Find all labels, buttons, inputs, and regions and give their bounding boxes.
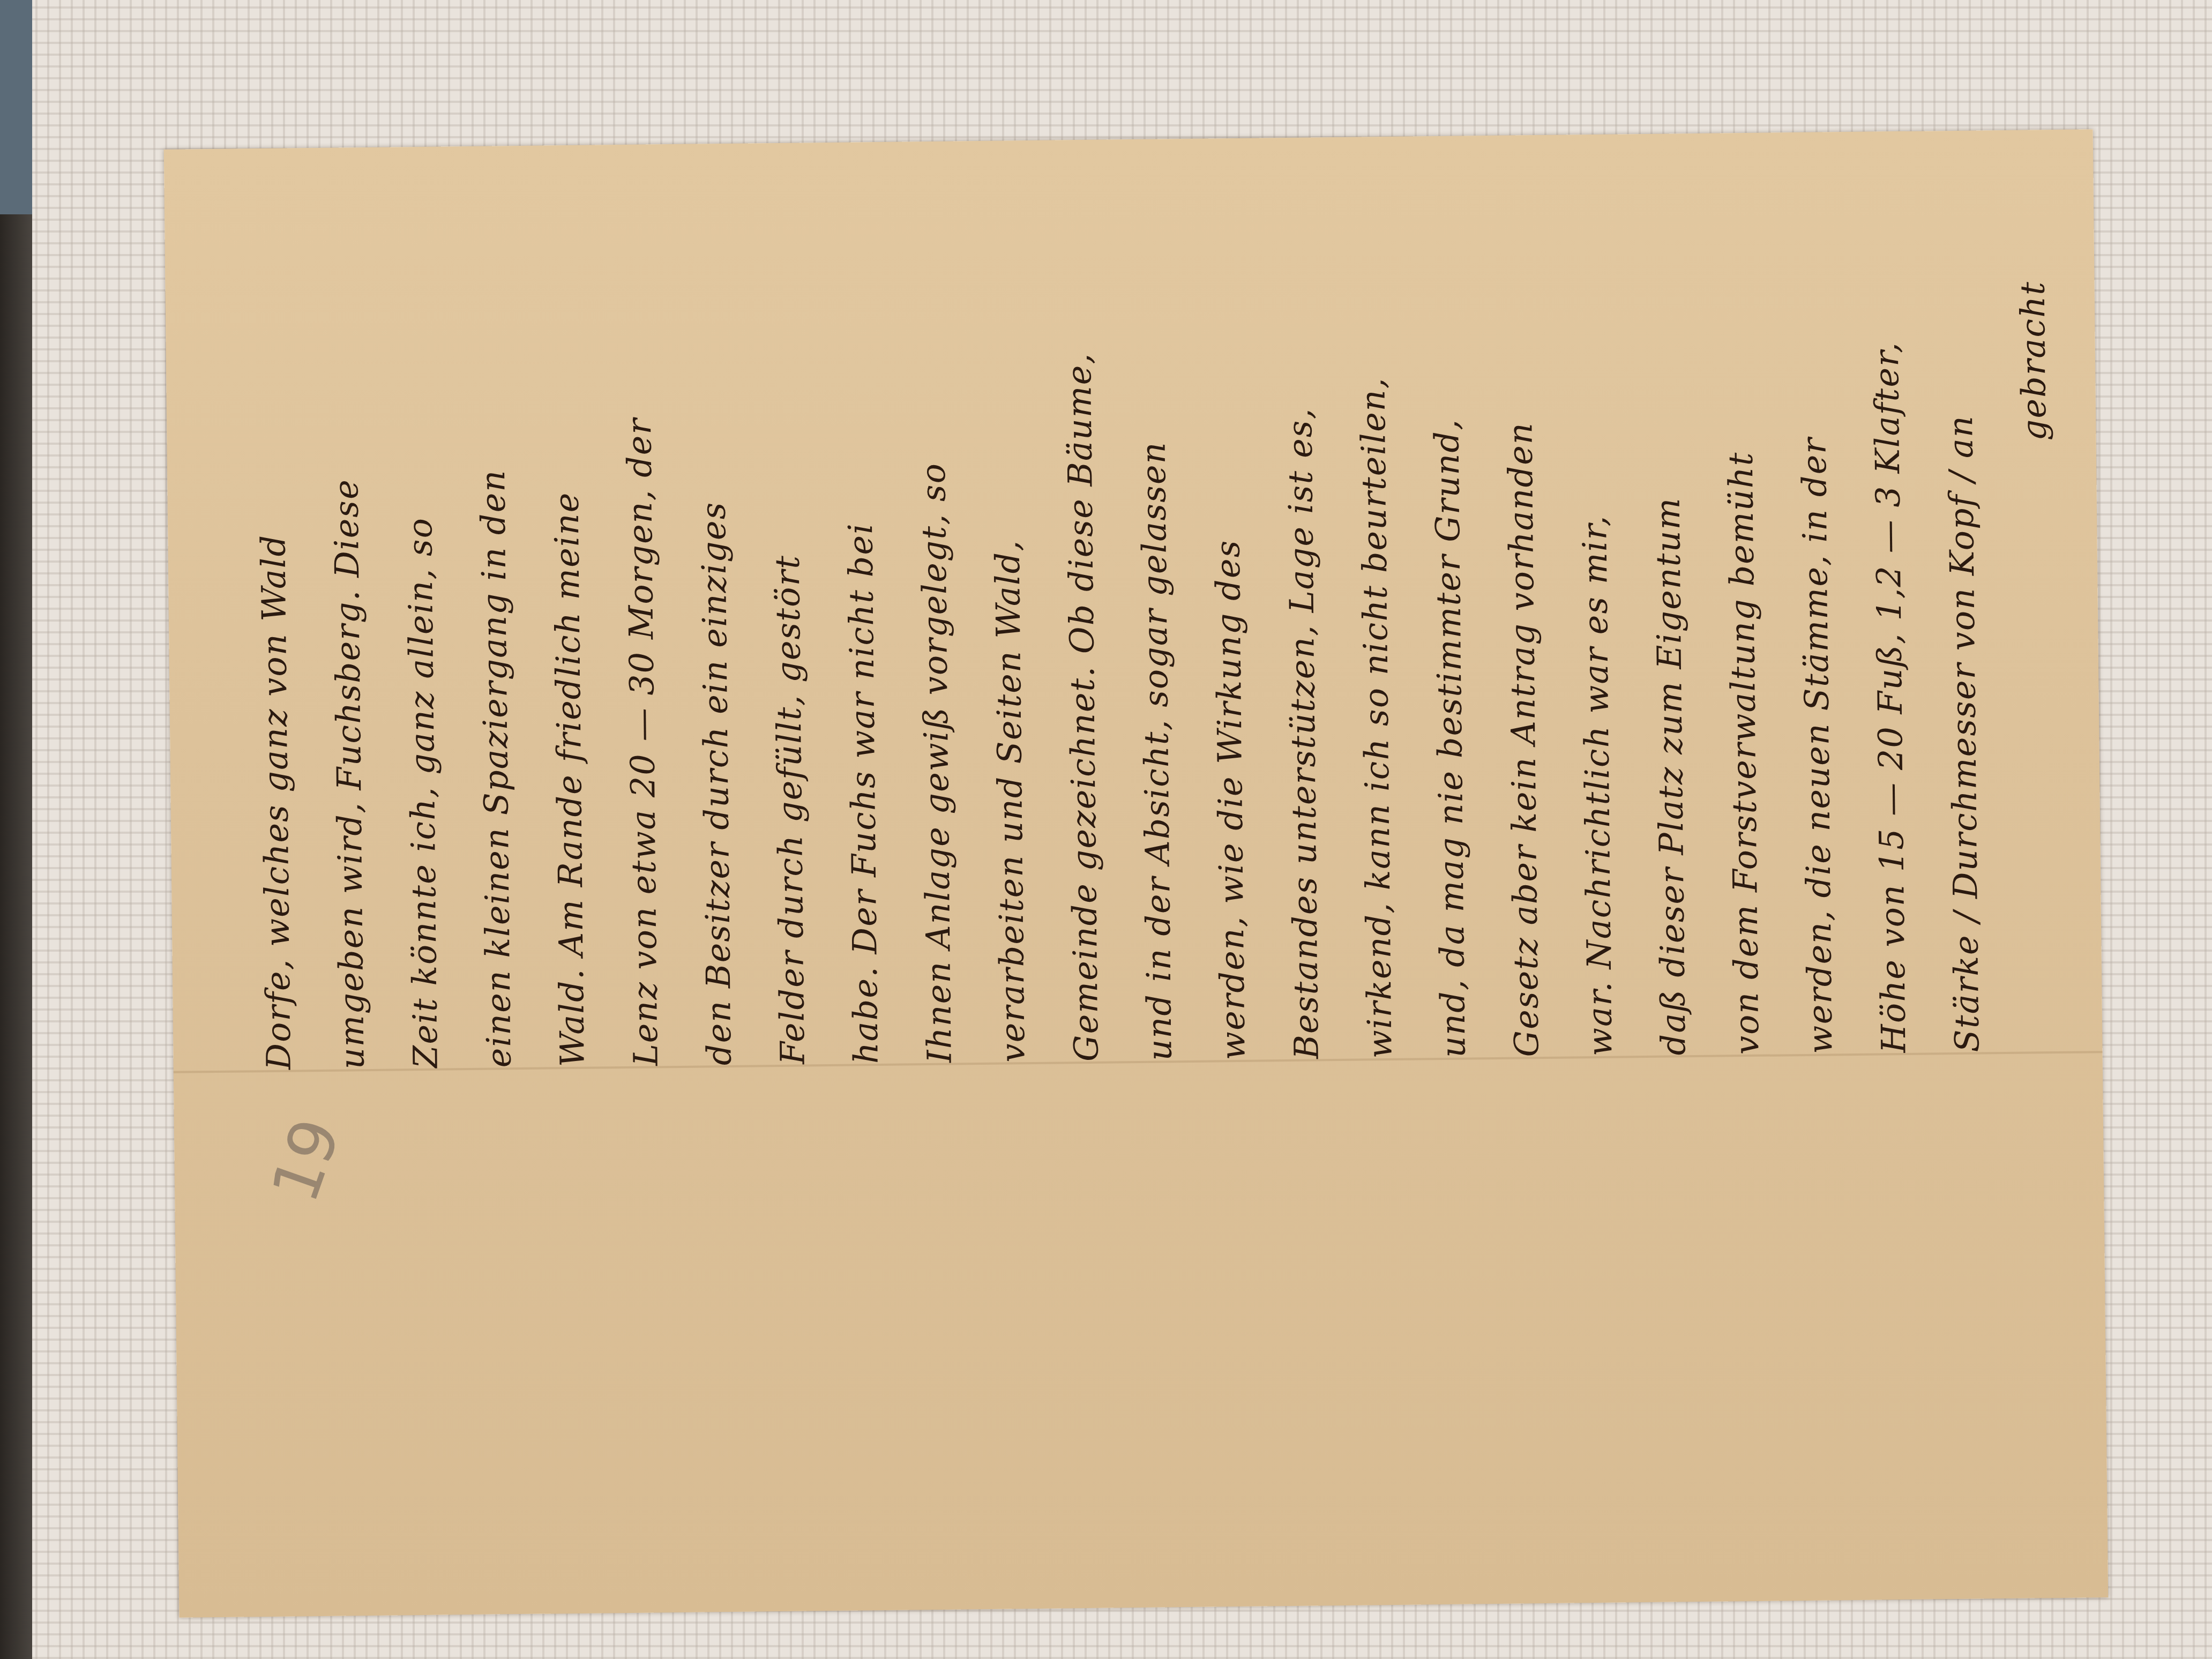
text-line: Gemeinde gezeichnet. Ob diese Bäume, [1057,172,1115,1062]
handwritten-text-block: Dorfe, welches ganz von Wald umgeben wir… [250,161,2102,1070]
text-line: daß dieser Platz zum Eigentum [1645,166,1702,1056]
text-line: und in der Absicht, sogar gelassen [1131,171,1188,1061]
text-line: Wald. Am Rande friedlich meine [543,177,601,1067]
text-line: von dem Forstverwaltung bemüht [1718,165,1775,1055]
text-line: wirkend, kann ich so nicht beurteilen, [1351,169,1408,1059]
text-line: umgeben wird, Fuchsberg. Diese [323,180,380,1070]
text-line: und, da mag nie bestimmter Grund, [1424,168,1482,1058]
pencil-page-number: 19 [258,1110,355,1212]
background-object [0,0,32,214]
text-line: Bestandes unterstützen, Lage ist es, [1277,169,1335,1059]
text-line: einen kleinen Spaziergang in den [470,178,527,1068]
background-dark-edge [0,0,32,1659]
text-line: verarbeiten und Seiten Wald, [984,173,1041,1063]
text-line: Felder durch gefüllt, gestört [764,175,821,1065]
text-line: Lenz von etwa 20 — 30 Morgen, der [617,176,674,1066]
text-line: Ihnen Anlage gewiß vorgelegt, so [910,173,968,1063]
text-line: war. Nachrichtlich war es mir, [1571,166,1628,1056]
text-line: Stärke / Durchmesser von Kopf / an [1938,162,1996,1052]
text-line: habe. Der Fuchs war nicht bei [837,174,894,1064]
text-line: Höhe von 15 — 20 Fuß, 1,2 — 3 Klafter, [1865,163,1922,1053]
text-line: Zeit könnte ich, ganz allein, so [397,178,454,1068]
text-line: Gesetz aber kein Antrag vorhanden [1498,167,1555,1057]
text-line: werden, die neuen Stämme, in der [1791,164,1849,1054]
letter-page: 19 Dorfe, welches ganz von Wald umgeben … [164,129,2108,1618]
text-line: gebracht [2012,162,2062,441]
text-line: Dorfe, welches ganz von Wald [250,180,307,1070]
text-line: den Besitzer durch ein einziges [690,176,748,1066]
text-line: werden, wie die Wirkung des [1204,170,1261,1060]
